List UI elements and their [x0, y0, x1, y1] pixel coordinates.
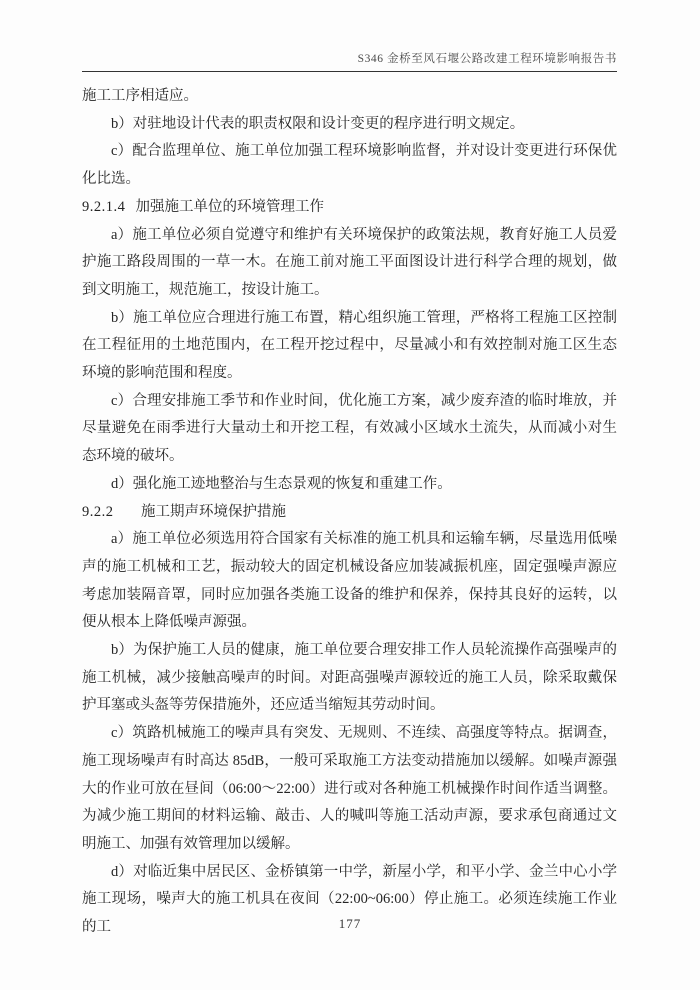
section-number: 9.2.1.4	[82, 194, 125, 222]
page-number: 177	[0, 916, 700, 932]
running-header-title: S346 金桥至风石堰公路改建工程环境影响报告书	[82, 50, 617, 72]
section-title: 加强施工单位的环境管理工作	[136, 199, 325, 215]
paragraph-continuation: 施工工序相适应。	[82, 83, 617, 111]
section-heading-9-2-2: 9.2.2施工期声环境保护措施	[82, 499, 617, 527]
list-item-a: a）施工单位必须自觉遵守和维护有关环境保护的政策法规，教育好施工人员爱护施工路段…	[82, 222, 617, 305]
list-item-c: c）筑路机械施工的噪声具有突发、无规则、不连续、高强度等特点。据调查，施工现场噪…	[82, 720, 617, 859]
list-item-a: a）施工单位必须选用符合国家有关标准的施工机具和运输车辆，尽量选用低噪声的施工机…	[82, 526, 617, 637]
list-item-b: b）为保护施工人员的健康，施工单位要合理安排工作人员轮流操作高强噪声的施工机械，…	[82, 637, 617, 720]
list-item-c: c）配合监理单位、施工单位加强工程环境影响监督，并对设计变更进行环保优化比选。	[82, 138, 617, 193]
document-page: S346 金桥至风石堰公路改建工程环境影响报告书 施工工序相适应。 b）对驻地设…	[0, 0, 700, 990]
section-number: 9.2.2	[82, 499, 114, 527]
list-item-d: d）强化施工迹地整治与生态景观的恢复和重建工作。	[82, 471, 617, 499]
section-title: 施工期声环境保护措施	[141, 504, 286, 520]
list-item-b: b）对驻地设计代表的职责权限和设计变更的程序进行明文规定。	[82, 111, 617, 139]
document-body: 施工工序相适应。 b）对驻地设计代表的职责权限和设计变更的程序进行明文规定。 c…	[82, 83, 617, 942]
list-item-c: c）合理安排施工季节和作业时间，优化施工方案，减少废弃渣的临时堆放，并尽量避免在…	[82, 388, 617, 471]
list-item-b: b）施工单位应合理进行施工布置，精心组织施工管理，严格将工程施工区控制在工程征用…	[82, 305, 617, 388]
section-heading-9-2-1-4: 9.2.1.4加强施工单位的环境管理工作	[82, 194, 617, 222]
